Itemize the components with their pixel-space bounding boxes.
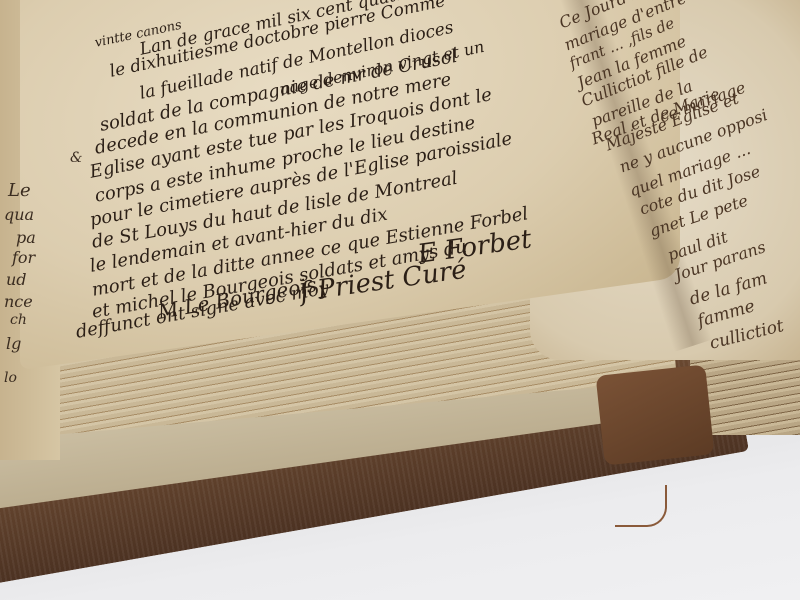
margin-line: for bbox=[12, 248, 35, 267]
margin-line: lo bbox=[4, 370, 17, 386]
margin-line: ud bbox=[6, 270, 27, 289]
ampersand-mark: & bbox=[70, 150, 82, 166]
manuscript-photo: Le qua pa for ud nce ch lg lo & vintte c… bbox=[0, 0, 800, 600]
margin-line: qua bbox=[4, 205, 34, 224]
margin-line: pa bbox=[16, 228, 36, 247]
margin-line: nce bbox=[4, 292, 33, 311]
margin-line: Le bbox=[8, 180, 31, 201]
loose-thread bbox=[615, 485, 667, 527]
margin-line: lg bbox=[6, 334, 21, 353]
margin-line: ch bbox=[10, 312, 27, 328]
spine-cloth bbox=[596, 364, 715, 465]
